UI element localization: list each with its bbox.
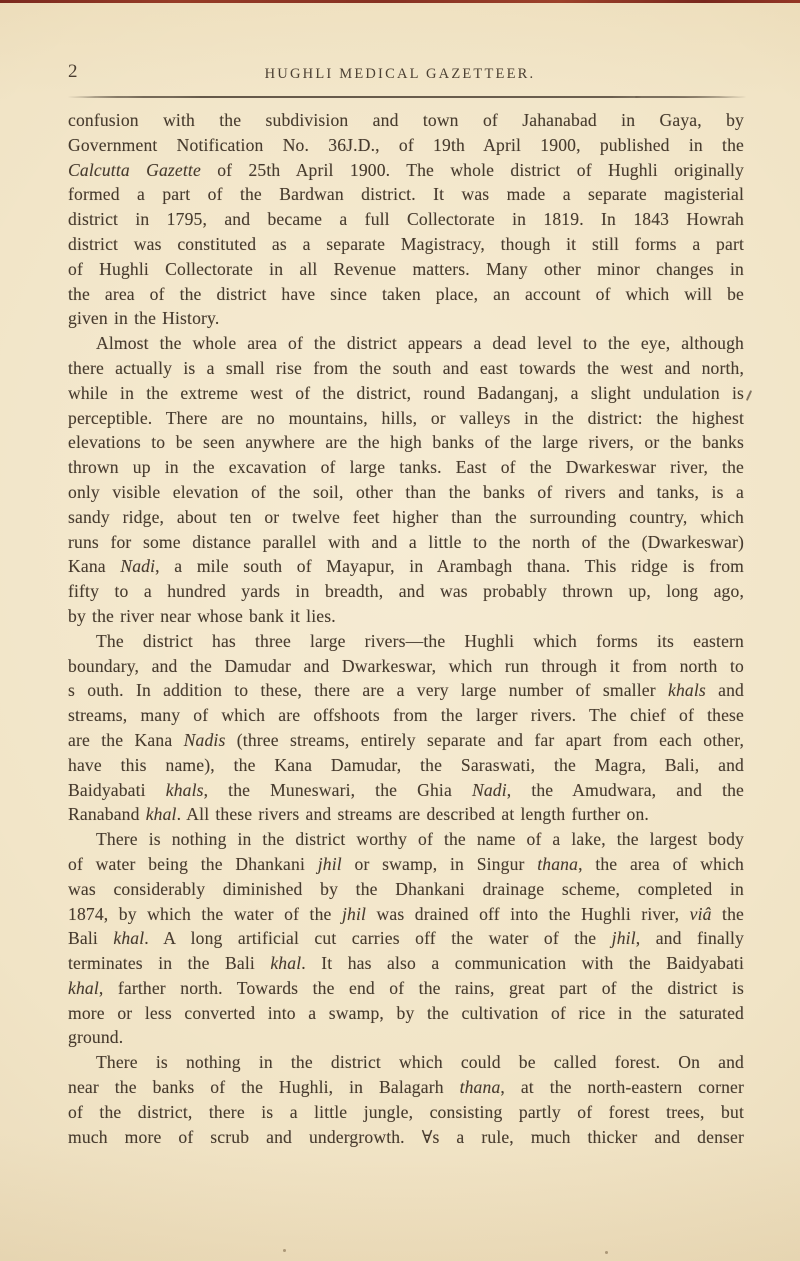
text-line: of Hughli Collectorate in all Revenue ma… (68, 257, 744, 282)
text-line: boundary, and the Damudar and Dwarkeswar… (68, 654, 744, 679)
text-line: district in 1795, and became a full Coll… (68, 207, 744, 232)
text-line: much more of scrub and undergrowth. ∀s a… (68, 1125, 744, 1150)
text-line: was considerably diminished by the Dhank… (68, 877, 744, 902)
text-line: have this name), the Kana Damudar, the S… (68, 753, 744, 778)
text-line: there actually is a small rise from the … (68, 356, 744, 381)
paragraph: Almost the whole area of the district ap… (68, 331, 744, 629)
text-line: of water being the Dhankani jhil or swam… (68, 852, 744, 877)
text-line: The district has three large rivers—the … (68, 629, 744, 654)
text-line: fifty to a hundred yards in breadth, and… (68, 579, 744, 604)
paragraph: There is nothing in the district worthy … (68, 827, 744, 1050)
header-rule (68, 96, 746, 98)
text-line: given in the History. (68, 306, 744, 331)
text-line: elevations to be seen anywhere are the h… (68, 430, 744, 455)
text-block: confusion with the subdivision and town … (68, 108, 744, 1149)
text-line: sandy ridge, about ten or twelve feet hi… (68, 505, 744, 530)
text-line: perceptible. There are no mountains, hil… (68, 406, 744, 431)
ink-speck (283, 1249, 286, 1252)
paragraph: There is nothing in the district which c… (68, 1050, 744, 1149)
running-header: HUGHLI MEDICAL GAZETTEER. (0, 66, 800, 83)
ink-mark (746, 390, 752, 401)
text-line: near the banks of the Hughli, in Balagar… (68, 1075, 744, 1100)
paragraph: The district has three large rivers—the … (68, 629, 744, 827)
text-line: There is nothing in the district which c… (68, 1050, 744, 1075)
text-line: terminates in the Bali khal. It has also… (68, 951, 744, 976)
ink-speck (605, 1251, 608, 1254)
text-line: of the district, there is a little jungl… (68, 1100, 744, 1125)
text-line: 1874, by which the water of the jhil was… (68, 902, 744, 927)
book-top-edge (0, 0, 800, 3)
text-line: streams, many of which are offshoots fro… (68, 703, 744, 728)
text-line: s outh. In addition to these, there are … (68, 678, 744, 703)
text-line: by the river near whose bank it lies. (68, 604, 744, 629)
text-line: Calcutta Gazette of 25th April 1900. The… (68, 158, 744, 183)
text-line: There is nothing in the district worthy … (68, 827, 744, 852)
text-line: district was constituted as a separate M… (68, 232, 744, 257)
text-line: more or less converted into a swamp, by … (68, 1001, 744, 1026)
text-line: Almost the whole area of the district ap… (68, 331, 744, 356)
text-line: Kana Nadi, a mile south of Mayapur, in A… (68, 554, 744, 579)
text-line: formed a part of the Bardwan district. I… (68, 182, 744, 207)
text-line: Bali khal. A long artificial cut carries… (68, 926, 744, 951)
text-line: only visible elevation of the soil, othe… (68, 480, 744, 505)
text-line: confusion with the subdivision and town … (68, 108, 744, 133)
text-line: the area of the district have since take… (68, 282, 744, 307)
text-line: thrown up in the excavation of large tan… (68, 455, 744, 480)
text-line: are the Kana Nadis (three streams, entir… (68, 728, 744, 753)
text-line: while in the extreme west of the distric… (68, 381, 744, 406)
paragraph: confusion with the subdivision and town … (68, 108, 744, 331)
text-line: Ranaband khal. All these rivers and stre… (68, 802, 744, 827)
text-line: Government Notification No. 36J.D., of 1… (68, 133, 744, 158)
text-line: Baidyabati khals, the Muneswari, the Ghi… (68, 778, 744, 803)
text-line: runs for some distance parallel with and… (68, 530, 744, 555)
text-line: ground. (68, 1025, 744, 1050)
text-line: khal, farther north. Towards the end of … (68, 976, 744, 1001)
